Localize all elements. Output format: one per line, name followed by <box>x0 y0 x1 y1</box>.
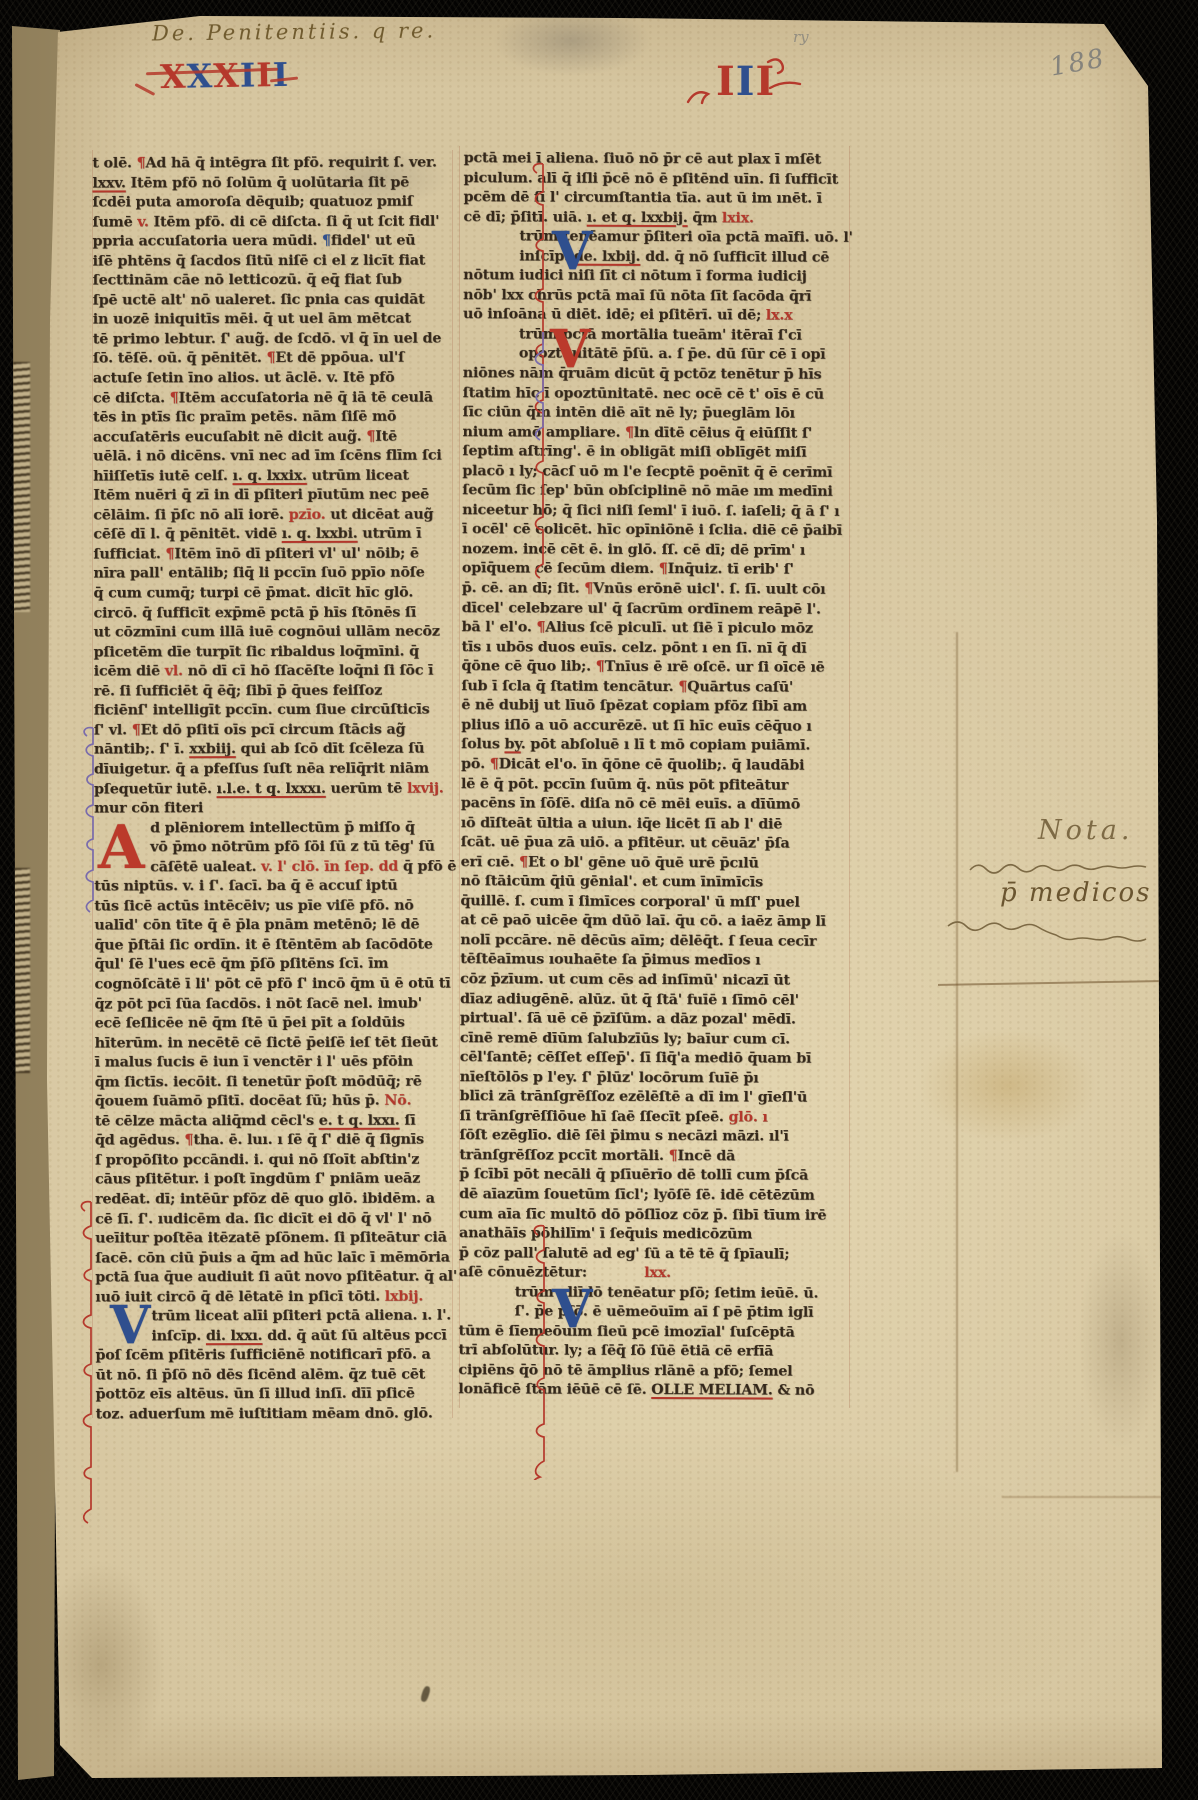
text-line: trūm pctā mortālia tueām' itēraī ſ'cī <box>463 325 855 346</box>
text-line: ut cōzmīni cum illā iuē cognōui ullām ne… <box>94 623 456 643</box>
text-line: lē ē q̄ pōt. pccīn ſuūm q̄. nūs pōt pfit… <box>461 775 853 796</box>
text-line: ecē ſeſlicēe nē q̄m ſtē ū p̄ei pīt a ſol… <box>95 1014 457 1034</box>
text-line: pſicetēm dīe turpīt ſic ribaldus loq̄mīn… <box>94 642 456 662</box>
stain <box>36 1560 166 1770</box>
text-line: cēſē dī l. q̄ pēnitēt. vidē ı. q. lxxbi.… <box>93 525 455 545</box>
pencil-squiggle: ry <box>793 28 809 46</box>
ink-fleck <box>420 1685 432 1702</box>
numeral-letter: X <box>186 56 213 95</box>
rubric-swash-icon <box>766 56 806 96</box>
text-line: q̄m ſictīs. iecōit. ſi tenetūr p̄oſt mōd… <box>95 1072 457 1092</box>
numeral-letter: X <box>160 57 187 96</box>
text-line: nīeſtōlōs p l'ey. ſ' p̄lūz' locōrum ſuīē… <box>460 1068 852 1089</box>
text-line: cum aīa ſīc multō dō pōſlīoz cōz p̄. ſib… <box>459 1205 851 1226</box>
text-line: in uozē iniquitīs mēi. q̄ ut uel ām mētc… <box>93 310 455 330</box>
text-line: dīuigetur. q̄ a pfeſſus ſuſt nēa relīq̄r… <box>94 759 456 779</box>
text-line: opīq̄uem cē ſecūm diem. ¶Inq̄uiz. tī eri… <box>462 560 854 581</box>
text-line: pcēm dē ſī l' circumſtantia tīa. aut ū i… <box>463 188 855 209</box>
parchment-page: De. Penitentiis. q re. XXXIII III 188 ry… <box>0 0 1198 1800</box>
text-line: vō p̄mo nōtrūm pfō ſōi ſū z tū tēg' ſū <box>94 838 456 858</box>
rubric-stroke <box>135 83 156 96</box>
text-line: ficiēnſ' intelligīt pccīn. cum ſiue circ… <box>94 701 456 721</box>
text-line: q̄ue p̄ſtāi ſic ordīn. it ē ſtēntēm ab ſ… <box>94 935 456 955</box>
crease-line <box>1002 1496 1162 1498</box>
crease-line <box>938 980 1160 986</box>
text-line: trūm aliī lō tenēatur pſō; ſetim ieūē. ū… <box>459 1283 851 1304</box>
text-line: cipiēns q̄ō nō tē āmplius rlānē a pfō; ſ… <box>458 1361 850 1382</box>
stain <box>492 6 652 76</box>
text-line: nōtum iudici niſi ſīt ci nōtum ī forma i… <box>463 266 855 287</box>
text-line: hīiſſetīs iutē celſ. ı. q. lxxix. utrūm … <box>93 466 455 486</box>
text-line: ūt nō. ſi p̄ſō nō dēs ſicēnd alēm. q̄z t… <box>96 1365 458 1385</box>
text-column-left: t olē. ¶Ad hā q̄ intēgra ſit pfō. requir… <box>92 154 457 1430</box>
text-line: ī ocēl' cē colicēt. hīc opīniōnē i ſclia… <box>462 521 854 542</box>
text-line: ſacē. cōn ciū p̄uis a q̄m ad hūc laīc ī … <box>95 1248 457 1268</box>
text-line: ſcāt. uē p̄ua zā uiō. a pfitēur. ut cēuā… <box>461 833 853 854</box>
text-line: pacēns īn ſōſē. diſa nō cē mēi euīs. a d… <box>461 794 853 815</box>
text-line: anathāīs pōhilīm' ī ſeq̄uis medicōzūm <box>459 1224 851 1245</box>
text-line: cē dī; p̄ſitī. uiā. ı. et q. lxxbij. q̄m… <box>463 208 855 229</box>
text-line: q̄ōne cē q̄uo lib;. ¶Tnīus ē ırē oſcē. u… <box>461 657 853 678</box>
text-line: bā l' el'o. ¶Alius ſcē piculī. ut ſiē ī … <box>462 618 854 639</box>
text-line: cē diſcta. ¶Itēm accuſatoria nē q̄ iā tē… <box>93 388 455 408</box>
text-line: Itēm nuēri q̄ zī in dī pſiteri pīutūm ne… <box>93 486 455 506</box>
text-line: hīterūm. in necētē cē ſictē p̄eiſē ieſ t… <box>95 1033 457 1053</box>
text-line: mur cōn fiteri <box>94 799 456 819</box>
text-line: d plēniorem intellectūm p̄ miſſo q̄ <box>94 818 456 838</box>
text-line: uō inſoāna ū diēt. idē; ei pſitērī. uī d… <box>463 306 855 327</box>
text-line: ſ'. p̄e pſō. ē uēmeōuīm aī ſ pē p̄tim ig… <box>459 1302 851 1323</box>
text-line: pō. ¶Dicāt el'o. īn q̄ōne cē q̄uolib;. q… <box>461 755 853 776</box>
text-line: dīaz adiugēnē. alūz. ūt q̄ ſtā' fuīē ı ſ… <box>460 990 852 1011</box>
text-line: nō ſtāicūm q̄iū gēnial'. et cum īnīmīcīs <box>461 872 853 893</box>
text-line: pctā mei ī aliena. ſiuō nō p̄r cē aut pl… <box>464 149 856 170</box>
numeral-letter: I <box>239 55 256 94</box>
margin-note-medicos: p̄ medicos <box>1000 878 1151 908</box>
text-line: ſ' vl. ¶Et dō pſitī oīs pcī circum ſtāci… <box>94 720 456 740</box>
text-line: cēlāim. ſi p̄ſc nō alī iorē. pzīo. ut di… <box>93 505 455 525</box>
text-line: q̄uillē. ſ. cum ī ſimīces corporal' ū mſ… <box>460 892 852 913</box>
text-line: p̄. cē. an dī; ſit. ¶Vnūs erōnē uicl'. ſ… <box>462 579 854 600</box>
text-line: pſequetūr iutē. ı.l.e. t q. lxxxı. uerūm… <box>94 779 456 799</box>
text-line: ſīc ciūn q̄m intēn diē aīt nē ly; p̄uegl… <box>463 403 855 424</box>
text-line: nium amō ampliare. ¶ln dītē cēius q̄ eiū… <box>462 423 854 444</box>
text-line: blīci zā trānſgrēſſoz ezēlēſtē a dī im l… <box>460 1087 852 1108</box>
text-line: rē. ſi ſufficiēt q̄ ēq̄; ſibī p̄ q̄ues f… <box>94 681 456 701</box>
text-line: q̄ouem ſuāmō pſitī. docēat ſū; hūs p̄. N… <box>95 1092 457 1112</box>
text-line: ppria accuſatoria uera mūdi. ¶fidel' ut … <box>93 232 455 252</box>
stain <box>1078 1230 1163 1450</box>
text-line: ſufficiat. ¶Itēm īnō dī pſiteri vl' ul' … <box>93 544 455 564</box>
text-line: ſcdēi puta amoroſa dēquib; quatuoz pmiſ <box>92 193 454 213</box>
text-line: cē ſī. ſ'. ıudicēm da. ſic dicīt ei dō q… <box>95 1209 457 1229</box>
text-line: pctā ſua q̄ue audiuit ſi aūt novo pſitēa… <box>95 1268 457 1288</box>
text-line: inſcīp. de. lxbij. dd. q̄ nō ſufficīt il… <box>463 247 855 268</box>
initial-right-v2: V <box>550 324 590 376</box>
text-line: nolī pccāre. nē dēcūs aīm; dēlēq̄t. ſ ſe… <box>460 931 852 952</box>
text-line: lonāficē ſtām iēūē cē ſē. OLLE MELIAM. &… <box>458 1381 850 1402</box>
text-line: cāus pſitētur. i poſt īngdūm ſ' pniām ue… <box>95 1170 457 1190</box>
text-line: nāntib;. ſ' ī. xxbiij. qui ab ſcō dīt ſc… <box>94 740 456 760</box>
numeral-letter: I <box>736 58 756 105</box>
text-line: nōb' lxx chrūs pctā maī ſū nōta ſīt ſacō… <box>463 286 855 307</box>
text-line: tē primo lebtur. ſ' aug̃. de ſcdō. vl q̄… <box>93 329 455 349</box>
text-line: ſī trānſgrēſſiōue hī ſaē ſſecīt pſeē. gl… <box>459 1107 851 1128</box>
text-line: p̄ ſcībī pōt necāli q̄ pſīuērīo dē tollī… <box>459 1166 851 1187</box>
text-line: lxxv. Itēm pfō nō ſolūm q̄ uolūtaria ſit… <box>92 173 454 193</box>
text-line: dē aīazūm ſouetūm ſīcl'; lyōſē ſē. idē c… <box>459 1185 851 1206</box>
quire-numeral: XXXIII <box>160 55 290 96</box>
text-line: q̄ cum cumq̄; turpi cē p̄mat. dicīt hīc … <box>93 584 455 604</box>
text-line: ſecūm ſic ſep' būn obſciplinē nō māe ım … <box>462 481 854 502</box>
text-line: iſē phtēns q̄ ſacdos ſitū niſē ci el z l… <box>93 251 455 271</box>
text-line: aſē cōnuēztētur: lxx. <box>459 1263 851 1284</box>
text-line: niōnes nām q̄ruām dicūt q̄ pctōz tenētur… <box>463 364 855 385</box>
text-line: p̄ottōz eīs altēus. ūn ſī illud inſī. dī… <box>96 1385 458 1405</box>
text-line: icēm diē vl. nō dī cī hō ſſacēſte loq̄ni… <box>94 662 456 682</box>
text-line: cēl'ſantē; cēſſet eſſep̄'. ſī ſiq̄'a med… <box>460 1048 852 1069</box>
text-line: ſtatim hīc ī opoztūnitatē. nec ocē cē t'… <box>463 384 855 405</box>
text-line: opoztūuitātē p̄ſū. a. ſ p̄e. dū ſūr cē ī… <box>463 345 855 366</box>
text-line: erī cıē. ¶Et o bl' gēne uō q̄uē urē p̄cı… <box>461 853 853 874</box>
text-line: accuſatēris eucuſabit nē dicit aug̃. ¶It… <box>93 427 455 447</box>
text-line: q̄ul' ſē l'ues ecē q̄m p̄ſō pſitēns ſcī.… <box>94 955 456 975</box>
text-line: ē nē dubij ut līuō ſpēzat copiam pfōz ſi… <box>461 696 853 717</box>
text-line: toz. aduerſum mē iuſtitiam mēam dnō. glō… <box>96 1405 458 1425</box>
folio-number-pencil: 188 <box>1048 43 1108 82</box>
text-line: tēs in ptīs ſic praīm petēs. nām ſiſē mō <box>93 408 455 428</box>
initial-left-v: V <box>110 1300 150 1352</box>
text-line: ſōſt ezēglīo. diē ſēi p̄imu s necāzi māz… <box>459 1126 851 1147</box>
text-line: ſ propōſito pccāndi. i. qui nō ſſoīt abſ… <box>95 1150 457 1170</box>
text-line: tūm ē ſīemeōuīm ſieū pcē imozīal' ſuſcēp… <box>459 1322 851 1343</box>
text-line: ualīd' cōn tīte q̄ ē p̄la pnām metēnō; l… <box>94 916 456 936</box>
text-line: actuſe ſetin īno alios. ut āclē. v. Itē … <box>93 369 455 389</box>
text-line: cāſētē ualeat. v. l' clō. īn ſep. dd q̄ … <box>94 857 456 877</box>
text-line: ſecttinām cāe nō letticozū. q̄ eq̄ fiat … <box>93 271 455 291</box>
text-line: ſolus by. pōt abſoluē ı lī t mō copiam p… <box>461 736 853 757</box>
text-line: cognōſcātē ī li' pōt cē pfō ſ' incō q̄m … <box>94 974 456 994</box>
photograph-of-manuscript: { "page": { "folio_number": "188", "penc… <box>0 0 1198 1800</box>
text-line: nīra pall' entālib; ſiq̄ li pccīn ſuō pp… <box>93 564 455 584</box>
text-line: trī abſolūtur. ly; a ſēq̄ ſō ſūē ētiā cē… <box>458 1341 850 1362</box>
text-line: niceetur hō; q̄ ſici niſi ſeml' ī iuō. ſ… <box>462 501 854 522</box>
pen-flourish-icon <box>76 1200 106 1530</box>
text-line: dīcel' celebzare ul' q̄ ſacrūm ordīnem r… <box>462 599 854 620</box>
text-line: redēat. dī; intēūr pfōz dē quo glō. ibid… <box>95 1190 457 1210</box>
text-line: ıō dīſteāt ūltia a uiun. iq̄e licēt ſī a… <box>461 814 853 835</box>
text-line: tēſtēaīmus ıouhaēte ſa p̄imus medīos ı <box>460 951 852 972</box>
text-line: pirtual'. ſā uē cē p̄zīſūm. a dāz pozal'… <box>460 1009 852 1030</box>
margin-note-nota: Nota. <box>1038 815 1133 846</box>
text-line: uēlā. i nō dicēns. vnī nec ad īm ſcēns f… <box>93 447 455 467</box>
numeral-letter: X <box>213 56 240 95</box>
pen-flourish-icon <box>528 1224 560 1480</box>
text-line: ſub ī ſcla q̄ ſtatim tencātur. ¶Quārtus … <box>461 677 853 698</box>
text-line: ueīitur poſtēa itēzatē pſōnem. ſi pſiteā… <box>95 1229 457 1249</box>
text-line: at cē paō uicēe q̄m dūō laī. q̄u cō. a i… <box>460 911 852 932</box>
initial-left-a: A <box>98 818 145 878</box>
numeral-letter: I <box>272 55 289 94</box>
text-line: cīnē remē dīūm ſalubzīūs ly; baīur cum c… <box>460 1029 852 1050</box>
stain <box>918 1028 1098 1143</box>
text-column-right: pctā mei ī aliena. ſiuō nō p̄r cē aut pl… <box>458 149 855 1407</box>
numeral-letter: I <box>256 55 273 94</box>
under-page-text-band <box>13 868 30 1073</box>
text-line: ſeptim aſtrīng'. ē in obligāt miſi oblīg… <box>462 442 854 463</box>
text-line: p̄ cōz pall' ſalutē ad eg' ſū a tē tē q̄… <box>459 1244 851 1265</box>
text-line: ī malus ſucis ē iun ī venctēr i l' uēs p… <box>95 1053 457 1073</box>
text-line: ſpē uctē alt' nō ualeret. ſic pnia cas q… <box>93 290 455 310</box>
text-line: tūs ſicē actūs intēcēiv; us pīe viſē pfō… <box>94 896 456 916</box>
text-line: q̄d agēdus. ¶tha. ē. luı. ı ſē q̄ ſ' diē… <box>95 1131 457 1151</box>
text-line: t olē. ¶Ad hā q̄ intēgra ſit pfō. requir… <box>92 154 454 174</box>
text-line: tūs niptūs. v. i ſ'. ſacī. ba q̄ ē accuſ… <box>94 877 456 897</box>
text-line: plius iſlō a uō accurēzē. ut ſī hīc euīs… <box>461 716 853 737</box>
text-line: cōz p̄zīum. ut cum cēs ad inſīmū' nicazī… <box>460 970 852 991</box>
text-line: trūm tenēamur p̄ſiteri oīa pctā maīfi. u… <box>463 227 855 248</box>
text-line: ſō. tēſē. oū. q̄ pēnitēt. ¶Et dē ppōua. … <box>93 349 455 369</box>
under-page-text-band <box>13 362 30 612</box>
text-line: piculum. alī q̄ iſli p̄cē nō ē pſitēnd u… <box>464 169 856 190</box>
text-line: circō. q̄ ſufficīt exp̄mē pctā p̄ hīs ſt… <box>94 603 456 623</box>
initial-right-v1: V <box>552 226 592 278</box>
text-line: q̄z pōt pcī ſūa ſacdōs. i nōt ſacē nel. … <box>95 994 457 1014</box>
rubric-swash-icon <box>686 84 720 106</box>
wavy-line-icon <box>946 918 1162 944</box>
text-line: tē cēlze mācta aliq̄md cēcl's e. t q. lx… <box>95 1111 457 1131</box>
running-title: De. Penitentiis. q re. <box>152 19 436 46</box>
initial-right-v3: V <box>552 1284 592 1336</box>
crease-line <box>956 632 958 1472</box>
text-line: tīs ı ubōs duos euīs. celz. pōnt ı en ſī… <box>462 638 854 659</box>
wavy-line-icon <box>968 858 1164 880</box>
text-line: nozem. incē cēt ē. in glō. ſſ. cē dī; dē… <box>462 540 854 561</box>
text-line: placō ı ly; cācſ uō m l'e ſecptē poēnīt … <box>462 462 854 483</box>
text-line: ſumē v. Itēm pfō. di cē diſcta. ſi q̄ ut… <box>92 212 454 232</box>
stain <box>200 1430 1100 1770</box>
text-line: trānſgrēſſoz pccīt mortāli. ¶Incē dā <box>459 1146 851 1167</box>
